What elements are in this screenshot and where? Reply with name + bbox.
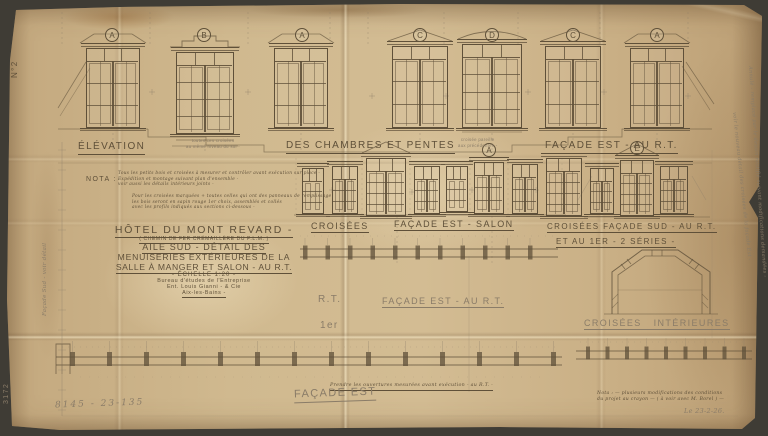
paper-stain <box>30 150 64 360</box>
paper-stain <box>250 2 430 18</box>
fold-crease-diagonal <box>562 0 768 31</box>
fold-crease-vertical <box>114 0 124 436</box>
fold-crease-horizontal <box>0 154 768 163</box>
photographed-drawing: ABACDCAAE Élévation toutes ces croisées … <box>0 0 768 436</box>
fold-crease-horizontal <box>0 332 768 341</box>
fold-crease-vertical <box>596 0 606 436</box>
paper-stain <box>64 4 174 30</box>
drawing-sheet <box>0 0 768 436</box>
fold-crease-horizontal <box>0 218 768 227</box>
edge-stamp: 3172 <box>3 383 11 404</box>
fold-crease-vertical <box>340 0 350 436</box>
